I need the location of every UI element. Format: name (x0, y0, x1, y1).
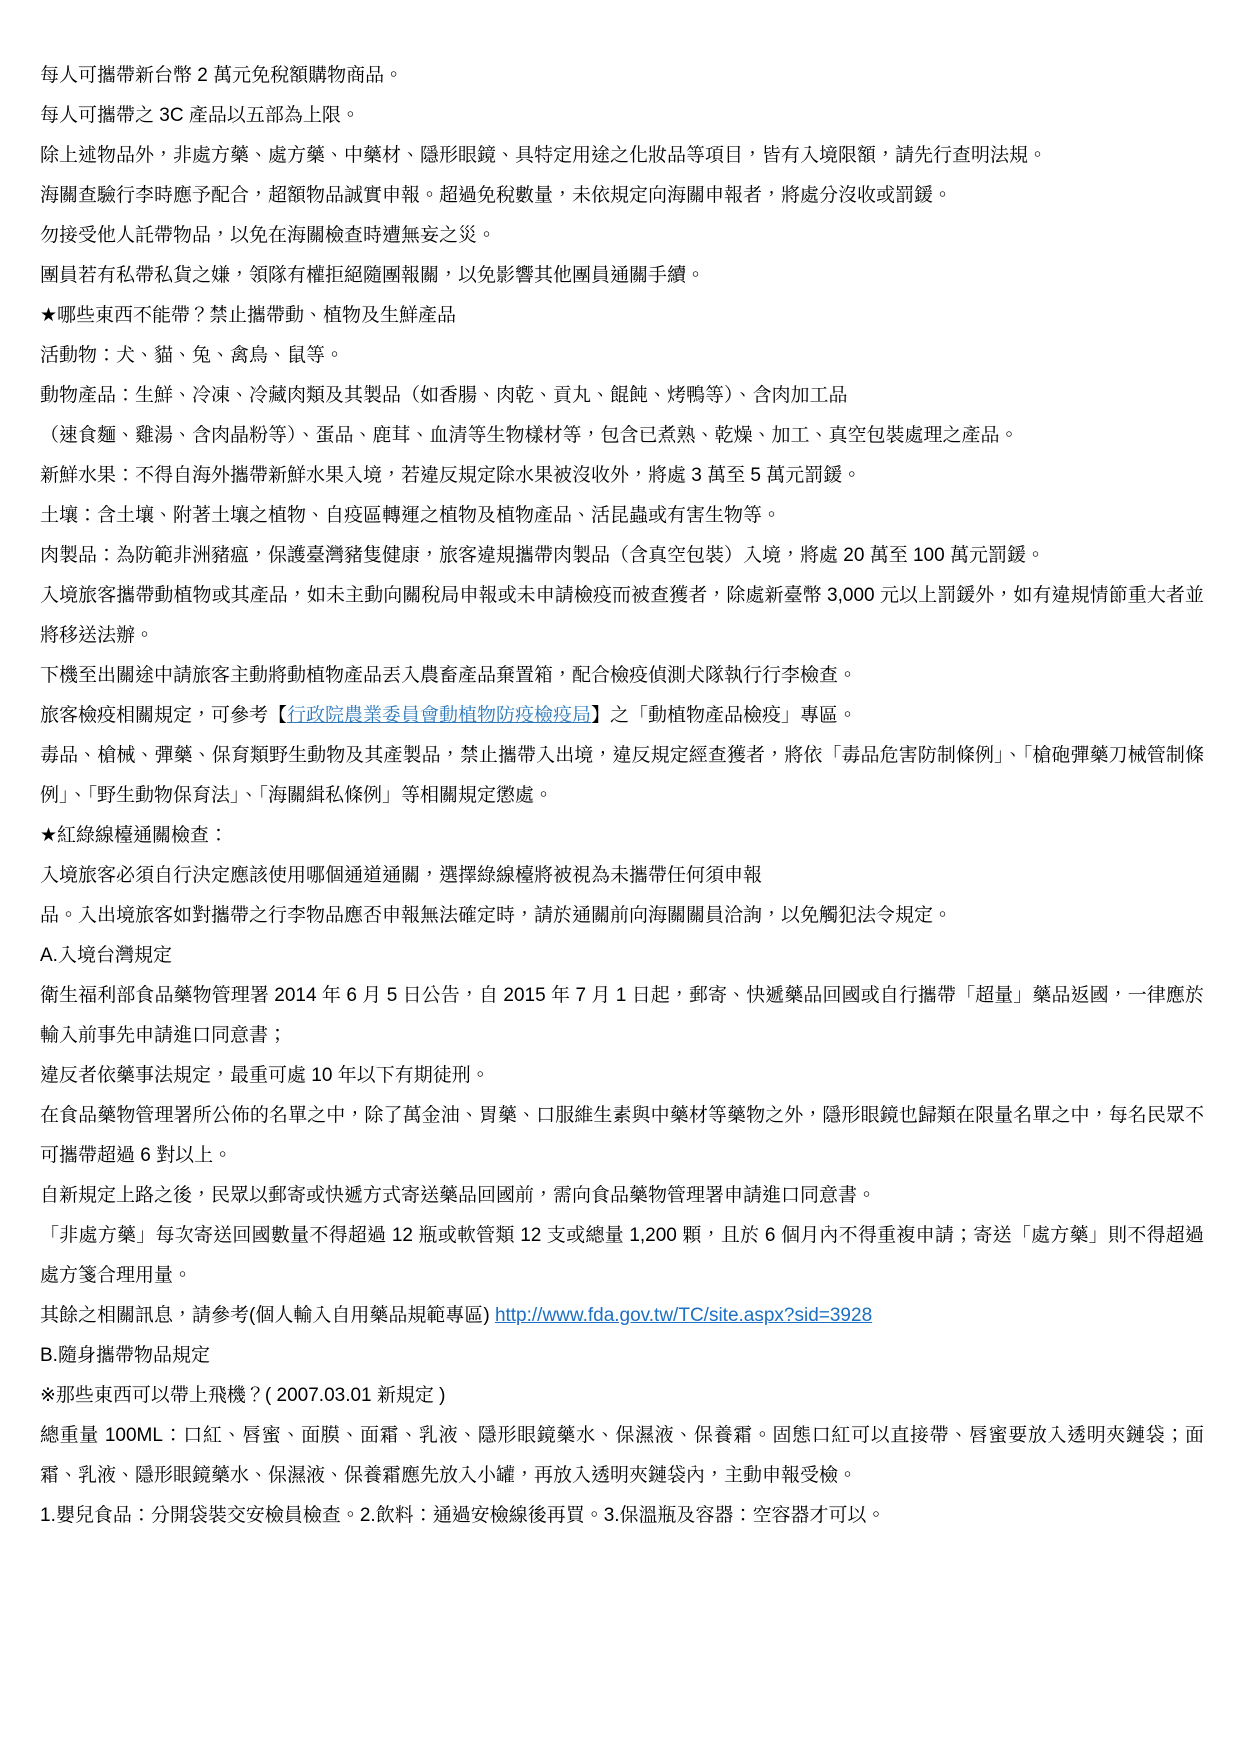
paragraph: 下機至出關途中請旅客主動將動植物產品丟入農畜產品棄置箱，配合檢疫偵測犬隊執行行李… (40, 656, 1204, 696)
link-quarantine-bureau[interactable]: 行政院農業委員會動植物防疫檢疫局 (287, 705, 591, 726)
paragraph-text: 旅客檢疫相關規定，可參考【 (40, 705, 287, 726)
paragraph: 其餘之相關訊息，請參考(個人輸入自用藥品規範專區) http://www.fda… (40, 1296, 1204, 1336)
paragraph: 團員若有私帶私貨之嫌，領隊有權拒絕隨團報關，以免影響其他團員通關手續。 (40, 256, 1204, 296)
document-page: 每人可攜帶新台幣 2 萬元免稅額購物商品。 每人可攜帶之 3C 產品以五部為上限… (0, 0, 1240, 1755)
paragraph: 入境旅客必須自行決定應該使用哪個通道通關，選擇綠線檯將被視為未攜帶任何須申報 (40, 856, 1204, 896)
link-fda-url[interactable]: http://www.fda.gov.tw/TC/site.aspx?sid=3… (495, 1305, 872, 1326)
paragraph: 每人可攜帶新台幣 2 萬元免稅額購物商品。 (40, 56, 1204, 96)
paragraph: 入境旅客攜帶動植物或其產品，如未主動向關稅局申報或未申請檢疫而被查獲者，除處新臺… (40, 576, 1204, 656)
paragraph: 活動物：犬、貓、兔、禽鳥、鼠等。 (40, 336, 1204, 376)
section-heading-carry-on-rules: B.隨身攜帶物品規定 (40, 1336, 1204, 1376)
paragraph: 土壤：含土壤、附著土壤之植物、自疫區轉運之植物及植物產品、活昆蟲或有害生物等。 (40, 496, 1204, 536)
paragraph: 勿接受他人託帶物品，以免在海關檢查時遭無妄之災。 (40, 216, 1204, 256)
paragraph: 海關查驗行李時應予配合，超額物品誠實申報。超過免稅數量，未依規定向海關申報者，將… (40, 176, 1204, 216)
paragraph: 新鮮水果：不得自海外攜帶新鮮水果入境，若違反規定除水果被沒收外，將處 3 萬至 … (40, 456, 1204, 496)
paragraph: 肉製品：為防範非洲豬瘟，保護臺灣豬隻健康，旅客違規攜帶肉製品（含真空包裝）入境，… (40, 536, 1204, 576)
paragraph: ※那些東西可以帶上飛機？( 2007.03.01 新規定 ) (40, 1376, 1204, 1416)
paragraph: （速食麵、雞湯、含肉晶粉等）、蛋品、鹿茸、血清等生物樣材等，包含已煮熟、乾燥、加… (40, 416, 1204, 456)
paragraph: 在食品藥物管理署所公佈的名單之中，除了萬金油、胃藥、口服維生素與中藥材等藥物之外… (40, 1096, 1204, 1176)
paragraph: 總重量 100ML：口紅、唇蜜、面膜、面霜、乳液、隱形眼鏡藥水、保濕液、保養霜。… (40, 1416, 1204, 1496)
paragraph: 品。入出境旅客如對攜帶之行李物品應否申報無法確定時，請於通關前向海關關員洽詢，以… (40, 896, 1204, 936)
section-heading-prohibited-items: ★哪些東西不能帶？禁止攜帶動、植物及生鮮產品 (40, 296, 1204, 336)
section-heading-entry-taiwan-rules: A.入境台灣規定 (40, 936, 1204, 976)
paragraph-text: 】之「動植物產品檢疫」專區。 (591, 705, 857, 726)
paragraph: 旅客檢疫相關規定，可參考【行政院農業委員會動植物防疫檢疫局】之「動植物產品檢疫」… (40, 696, 1204, 736)
paragraph: 衛生福利部食品藥物管理署 2014 年 6 月 5 日公告，自 2015 年 7… (40, 976, 1204, 1056)
paragraph-text: 其餘之相關訊息，請參考(個人輸入自用藥品規範專區) (40, 1305, 495, 1326)
paragraph: 自新規定上路之後，民眾以郵寄或快遞方式寄送藥品回國前，需向食品藥物管理署申請進口… (40, 1176, 1204, 1216)
paragraph: 「非處方藥」每次寄送回國數量不得超過 12 瓶或軟管類 12 支或總量 1,20… (40, 1216, 1204, 1296)
paragraph: 違反者依藥事法規定，最重可處 10 年以下有期徒刑。 (40, 1056, 1204, 1096)
paragraph: 毒品、槍械、彈藥、保育類野生動物及其產製品，禁止攜帶入出境，違反規定經查獲者，將… (40, 736, 1204, 816)
paragraph: 1.嬰兒食品：分開袋裝交安檢員檢查。2.飲料：通過安檢線後再買。3.保溫瓶及容器… (40, 1496, 1204, 1536)
paragraph: 除上述物品外，非處方藥、處方藥、中藥材、隱形眼鏡、具特定用途之化妝品等項目，皆有… (40, 136, 1204, 176)
section-heading-customs-channels: ★紅綠線檯通關檢查： (40, 816, 1204, 856)
paragraph: 每人可攜帶之 3C 產品以五部為上限。 (40, 96, 1204, 136)
paragraph: 動物產品：生鮮、冷凍、冷藏肉類及其製品（如香腸、肉乾、貢丸、餛飩、烤鴨等）、含肉… (40, 376, 1204, 416)
